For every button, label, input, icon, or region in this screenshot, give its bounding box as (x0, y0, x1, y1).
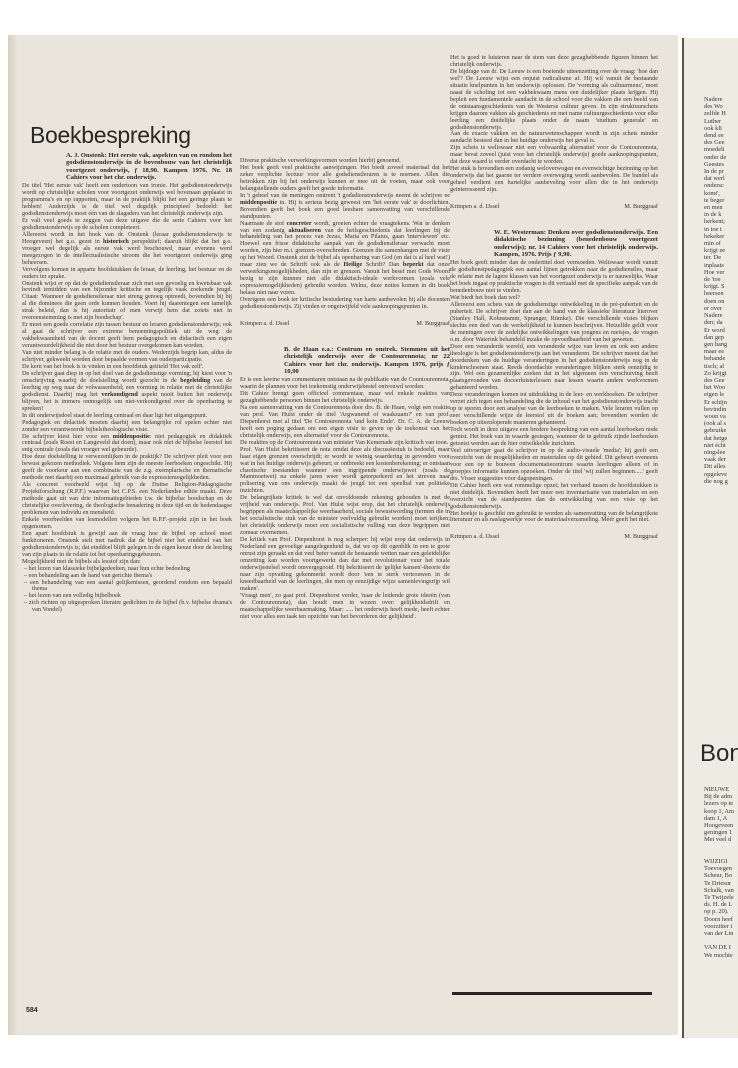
paragraph: Toch wordt in deze uitgave een bredere b… (450, 427, 658, 448)
text-line: (ook al s (704, 420, 738, 427)
text-line: Zo krijgt (704, 370, 738, 377)
paragraph: Het is goed te luisteren naar de stem va… (450, 55, 658, 69)
text-line: Doorn heef (704, 916, 738, 923)
text-line: opgeleve (704, 471, 738, 478)
text-line: koop 1, Am (704, 808, 738, 815)
paragraph: Zijn schets is weliswaar niet een volwaa… (450, 145, 658, 166)
text-line: er over (704, 305, 738, 312)
text-line: Luther (704, 118, 738, 125)
text-line: Nadere (704, 312, 738, 319)
text-line: komt', (704, 190, 738, 197)
paragraph: Het stuk is bovendien een zodanig welove… (450, 166, 658, 194)
paragraph: Aan de exacte vakken en de natuurwetensc… (450, 131, 658, 145)
column-1: A. J. Onstenk: Het eerste vak, aspekten … (22, 152, 232, 614)
text-line: de 'toe (704, 276, 738, 283)
reviewer-name: M. Burggraaf (624, 534, 658, 541)
text-line: vaak der (704, 456, 738, 463)
paragraph: Onstenk wijst er op dat de godsdienstler… (22, 281, 232, 323)
text-line: Hoogeveen (704, 822, 738, 829)
page-number: 584 (26, 1007, 38, 1014)
paragraph: Hoe deze doelstelling te verwezenlijken … (22, 454, 232, 482)
text-line: bekeker (704, 233, 738, 240)
text-line: tisch; al (704, 363, 738, 370)
review-3-heading: W. E. Westerman: Denken over godsdiensto… (494, 229, 658, 258)
text-line: des Wo (704, 103, 738, 110)
text-line: eigen le (704, 391, 738, 398)
column-2: Diverse praktische verwerkingsvormen wor… (240, 158, 450, 620)
review-2-continued: Het is goed te luisteren naar de stem va… (450, 55, 658, 194)
text-line: zelfde H (704, 110, 738, 117)
text-line: Te Twijzele (704, 894, 738, 901)
text-line: Er word (704, 327, 738, 334)
bullet-list: – het lezen van klassieke bijbelgedeelte… (22, 566, 232, 615)
text-line: We mochte (704, 952, 738, 959)
text-line: NIEUWE (704, 786, 738, 793)
paragraph: Pedagogiek en didactiek moeten daarbij e… (22, 420, 232, 434)
text-line: dat hetge (704, 435, 738, 442)
text-line: bevindin (704, 406, 738, 413)
review-2-heading: B. de Haan e.a.: Centrum en omtrek. Stem… (284, 346, 450, 375)
paragraph: Het boek geeft veel praktische aanwijzin… (240, 165, 450, 193)
review-2-signature: Krimpen a. d. IJssel M. Burggraaf (450, 204, 658, 211)
text-line: op p. 20). (704, 908, 738, 915)
text-line: moedeli (704, 146, 738, 153)
text-line: des Gee (704, 139, 738, 146)
text-line: niet écht (704, 442, 738, 449)
text-line: lezers op te (704, 800, 738, 807)
text-line: ningslee (704, 449, 738, 456)
review-place: Krimpen a. d. IJssel (240, 321, 289, 328)
text-line: doen on (704, 298, 738, 305)
text-line: Met veel d (704, 836, 738, 843)
review-1-heading: A. J. Onstenk: Het eerste vak, aspekten … (66, 152, 232, 181)
paragraph: Deze veranderingen komen tot uitdrukking… (450, 392, 658, 427)
text-line (704, 851, 738, 858)
paragraph: Door een veranderde wereld, een verander… (450, 344, 658, 393)
paragraph: Naarmate de stof concreter wordt, groeie… (240, 221, 450, 297)
text-line: ds. H. de L (704, 901, 738, 908)
text-line: Hoe ver (704, 269, 738, 276)
section-title: Boekbespreking (30, 122, 191, 149)
paragraph: Er valt veel goeds te zeggen van deze ui… (22, 218, 232, 232)
review-place: Krimpen a. d. IJssel (450, 204, 499, 211)
text-line: te beger (704, 197, 738, 204)
text-line: in toe t (704, 226, 738, 233)
text-line: ondersc (704, 182, 738, 189)
section-end-rule (452, 992, 652, 995)
text-line: krijgt ee (704, 247, 738, 254)
text-line: ter. De (704, 254, 738, 261)
review-1-continued: Diverse praktische verwerkingsvormen wor… (240, 158, 450, 311)
reviewer-name: M. Burggraaf (624, 204, 658, 211)
paragraph: Enkele voorbeelden van lesmodellen volge… (22, 517, 232, 531)
text-line: Dit alles (704, 463, 738, 470)
text-line: woon va (704, 413, 738, 420)
column-3: Het is goed te luisteren naar de stem va… (450, 55, 658, 559)
text-line (704, 844, 738, 851)
text-line: Nadere (704, 96, 738, 103)
review-3-signature: Krimpen a. d. IJssel M. Burggraaf (450, 534, 658, 541)
text-line: van der Lin (704, 930, 738, 937)
text-line: in de k (704, 211, 738, 218)
text-line: dat werl (704, 175, 738, 182)
text-line: inplaats (704, 262, 738, 269)
paragraph: Prof. Van Hulst bekritiseert de nota omd… (240, 447, 450, 496)
text-line: des Gee (704, 377, 738, 384)
paragraph: Na een samenvatting van de Contourennota… (240, 405, 450, 440)
paragraph: Veel uitvoeriger gaat de schrijver in op… (450, 448, 658, 483)
paragraph: Een apart hoofdstuk is gewijd aan de vra… (22, 531, 232, 559)
text-line: gen hang (704, 341, 738, 348)
reviewer-name: M. Burggraaf (416, 321, 450, 328)
adjacent-page-heading: Bon (700, 740, 738, 768)
paragraph: De schrijver kiest hier voor een middenp… (22, 434, 232, 455)
adjacent-page-text-top: Naderedes Wozelfde HLutherook klidend ee… (704, 96, 738, 485)
text-line: Bij de adm (704, 793, 738, 800)
bullet-item: – zich richten op uitgesproken literaire… (22, 600, 232, 614)
text-line: VAN DE I (704, 944, 738, 951)
text-line: herkent; (704, 218, 738, 225)
paragraph: Vervolgens komen in apparte hoofdstukken… (22, 267, 232, 281)
paragraph: Er moet een goede correlatie zijn tussen… (22, 322, 232, 350)
paragraph: In 't geheel van de meningen omtrent 't … (240, 193, 450, 221)
text-line: dend ee (704, 132, 738, 139)
text-line: min of (704, 240, 738, 247)
text-line: dan gep (704, 334, 738, 341)
review-3-body: Het boek geeft minder dan de ondertitel … (450, 260, 658, 524)
review-1-signature: Krimpen a. d. IJssel M. Burggraaf (240, 321, 450, 328)
paragraph: De schrijver gaat diep in op het doel va… (22, 371, 232, 413)
text-line: gebruike (704, 427, 738, 434)
text-line: voorzitter i (704, 923, 738, 930)
text-line: den; da (704, 319, 738, 326)
paragraph: Dit Cahier brengt geen officieel comment… (240, 391, 450, 405)
paragraph: Het boekje is geschikt om gebruikt te wo… (450, 511, 658, 525)
paragraph: Van niet minder belang is de relatie met… (22, 350, 232, 364)
review-place: Krimpen a. d. IJssel (450, 534, 499, 541)
text-line (704, 937, 738, 944)
text-line: Scheur, Bo (704, 872, 738, 879)
paragraph: De kritiek van Prof. Diepenhorst is nog … (240, 537, 450, 593)
text-line: onder de (704, 154, 738, 161)
adjacent-page-text-bottom: NIEUWEBij de admlezers op tekoop 1, Amda… (704, 786, 738, 959)
bullet-item: – een behandeling van een aantal gelijke… (22, 580, 232, 594)
text-line: WIJZIGI (704, 858, 738, 865)
paragraph: De titel 'Het eerste vak' heeft een onde… (22, 183, 232, 218)
text-line: dam 1, A (704, 815, 738, 822)
text-line: maar ee (704, 348, 738, 355)
text-line: Er schijn (704, 399, 738, 406)
text-line: Schalk, van (704, 887, 738, 894)
text-line: krijgt. S (704, 283, 738, 290)
text-line: geningen 1 (704, 829, 738, 836)
paragraph: De bijdrage van dr. De Leeuw is een boei… (450, 69, 658, 132)
text-line: heersen (704, 290, 738, 297)
text-line: Toevoegen (704, 865, 738, 872)
text-line: Geestes (704, 161, 738, 168)
paragraph: 'Vraagt men', zo gaat prof. Diepenhorst … (240, 593, 450, 621)
paragraph: Als concreet voorbeeld wijst hij op de D… (22, 482, 232, 517)
text-line: behande (704, 355, 738, 362)
paragraph: Dit Cahier heeft een wat rommelige opzet… (450, 483, 658, 511)
paragraph: De belangrijkste kritiek is wel dat onvo… (240, 495, 450, 537)
review-1-body: De titel 'Het eerste vak' heeft een onde… (22, 183, 232, 614)
text-line: Te Driesur (704, 880, 738, 887)
page-gutter (8, 35, 18, 1035)
text-line: ook kli (704, 125, 738, 132)
text-line: die nog g (704, 478, 738, 485)
paragraph: Allereerst een schets van de godsdiensti… (450, 302, 658, 344)
paragraph: Overigens een boek ter kritische bestude… (240, 297, 450, 311)
text-line: en men (704, 204, 738, 211)
paragraph: Allereerst wordt in het boek van dr. Ons… (22, 232, 232, 267)
paragraph: Het boek geeft minder dan de ondertitel … (450, 260, 658, 295)
text-line: In de pr (704, 168, 738, 175)
paragraph: Er is een lawine van commentaren ontstaa… (240, 377, 450, 391)
review-2-body: Er is een lawine van commentaren ontstaa… (240, 377, 450, 620)
text-line: het Woo (704, 384, 738, 391)
